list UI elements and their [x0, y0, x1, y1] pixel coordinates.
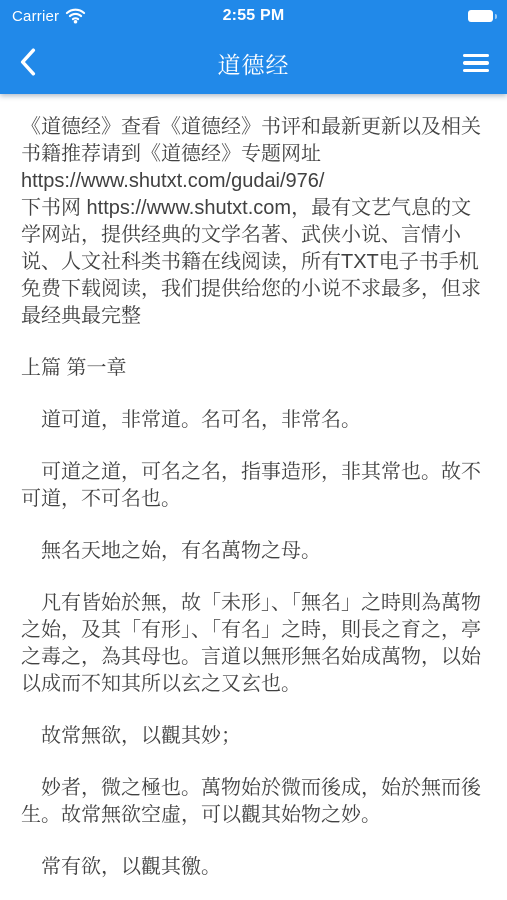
status-bar: Carrier 2:55 PM	[0, 0, 507, 32]
paragraph: 凡有皆始於無，故「未形」、「無名」之時則為萬物之始，及其「有形」、「有名」之時，…	[21, 590, 486, 698]
intro-paragraph: 《道德经》查看《道德经》书评和最新更新以及相关书籍推荐请到《道德经》专题网址ht…	[21, 114, 486, 330]
menu-button[interactable]	[455, 41, 489, 85]
hamburger-menu-icon	[463, 54, 489, 58]
paragraph: 常有欲，以觀其徼。	[21, 854, 486, 881]
wifi-icon	[65, 8, 86, 24]
status-right-group	[373, 10, 493, 22]
paragraph: 無名天地之始，有名萬物之母。	[21, 538, 486, 565]
nav-bar: 道德经	[0, 32, 507, 94]
chapter-heading: 上篇 第一章	[21, 355, 486, 382]
chevron-left-icon	[18, 47, 38, 80]
page-title: 道德经	[0, 47, 507, 80]
reader-content[interactable]: 《道德经》查看《道德经》书评和最新更新以及相关书籍推荐请到《道德经》专题网址ht…	[0, 94, 507, 900]
paragraph: 妙者，微之極也。萬物始於微而後成，始於無而後生。故常無欲空虛，可以觀其始物之妙。	[21, 775, 486, 829]
battery-icon	[468, 10, 493, 22]
paragraph: 故常無欲，以觀其妙；	[21, 723, 486, 750]
back-button[interactable]	[18, 41, 58, 85]
paragraph: 可道之道，可名之名，指事造形，非其常也。故不可道，不可名也。	[21, 459, 486, 513]
paragraph: 道可道，非常道。名可名，非常名。	[21, 407, 486, 434]
app-window: Carrier 2:55 PM 道德经	[0, 0, 507, 900]
status-left-group: Carrier	[12, 8, 132, 25]
carrier-label: Carrier	[12, 8, 59, 25]
